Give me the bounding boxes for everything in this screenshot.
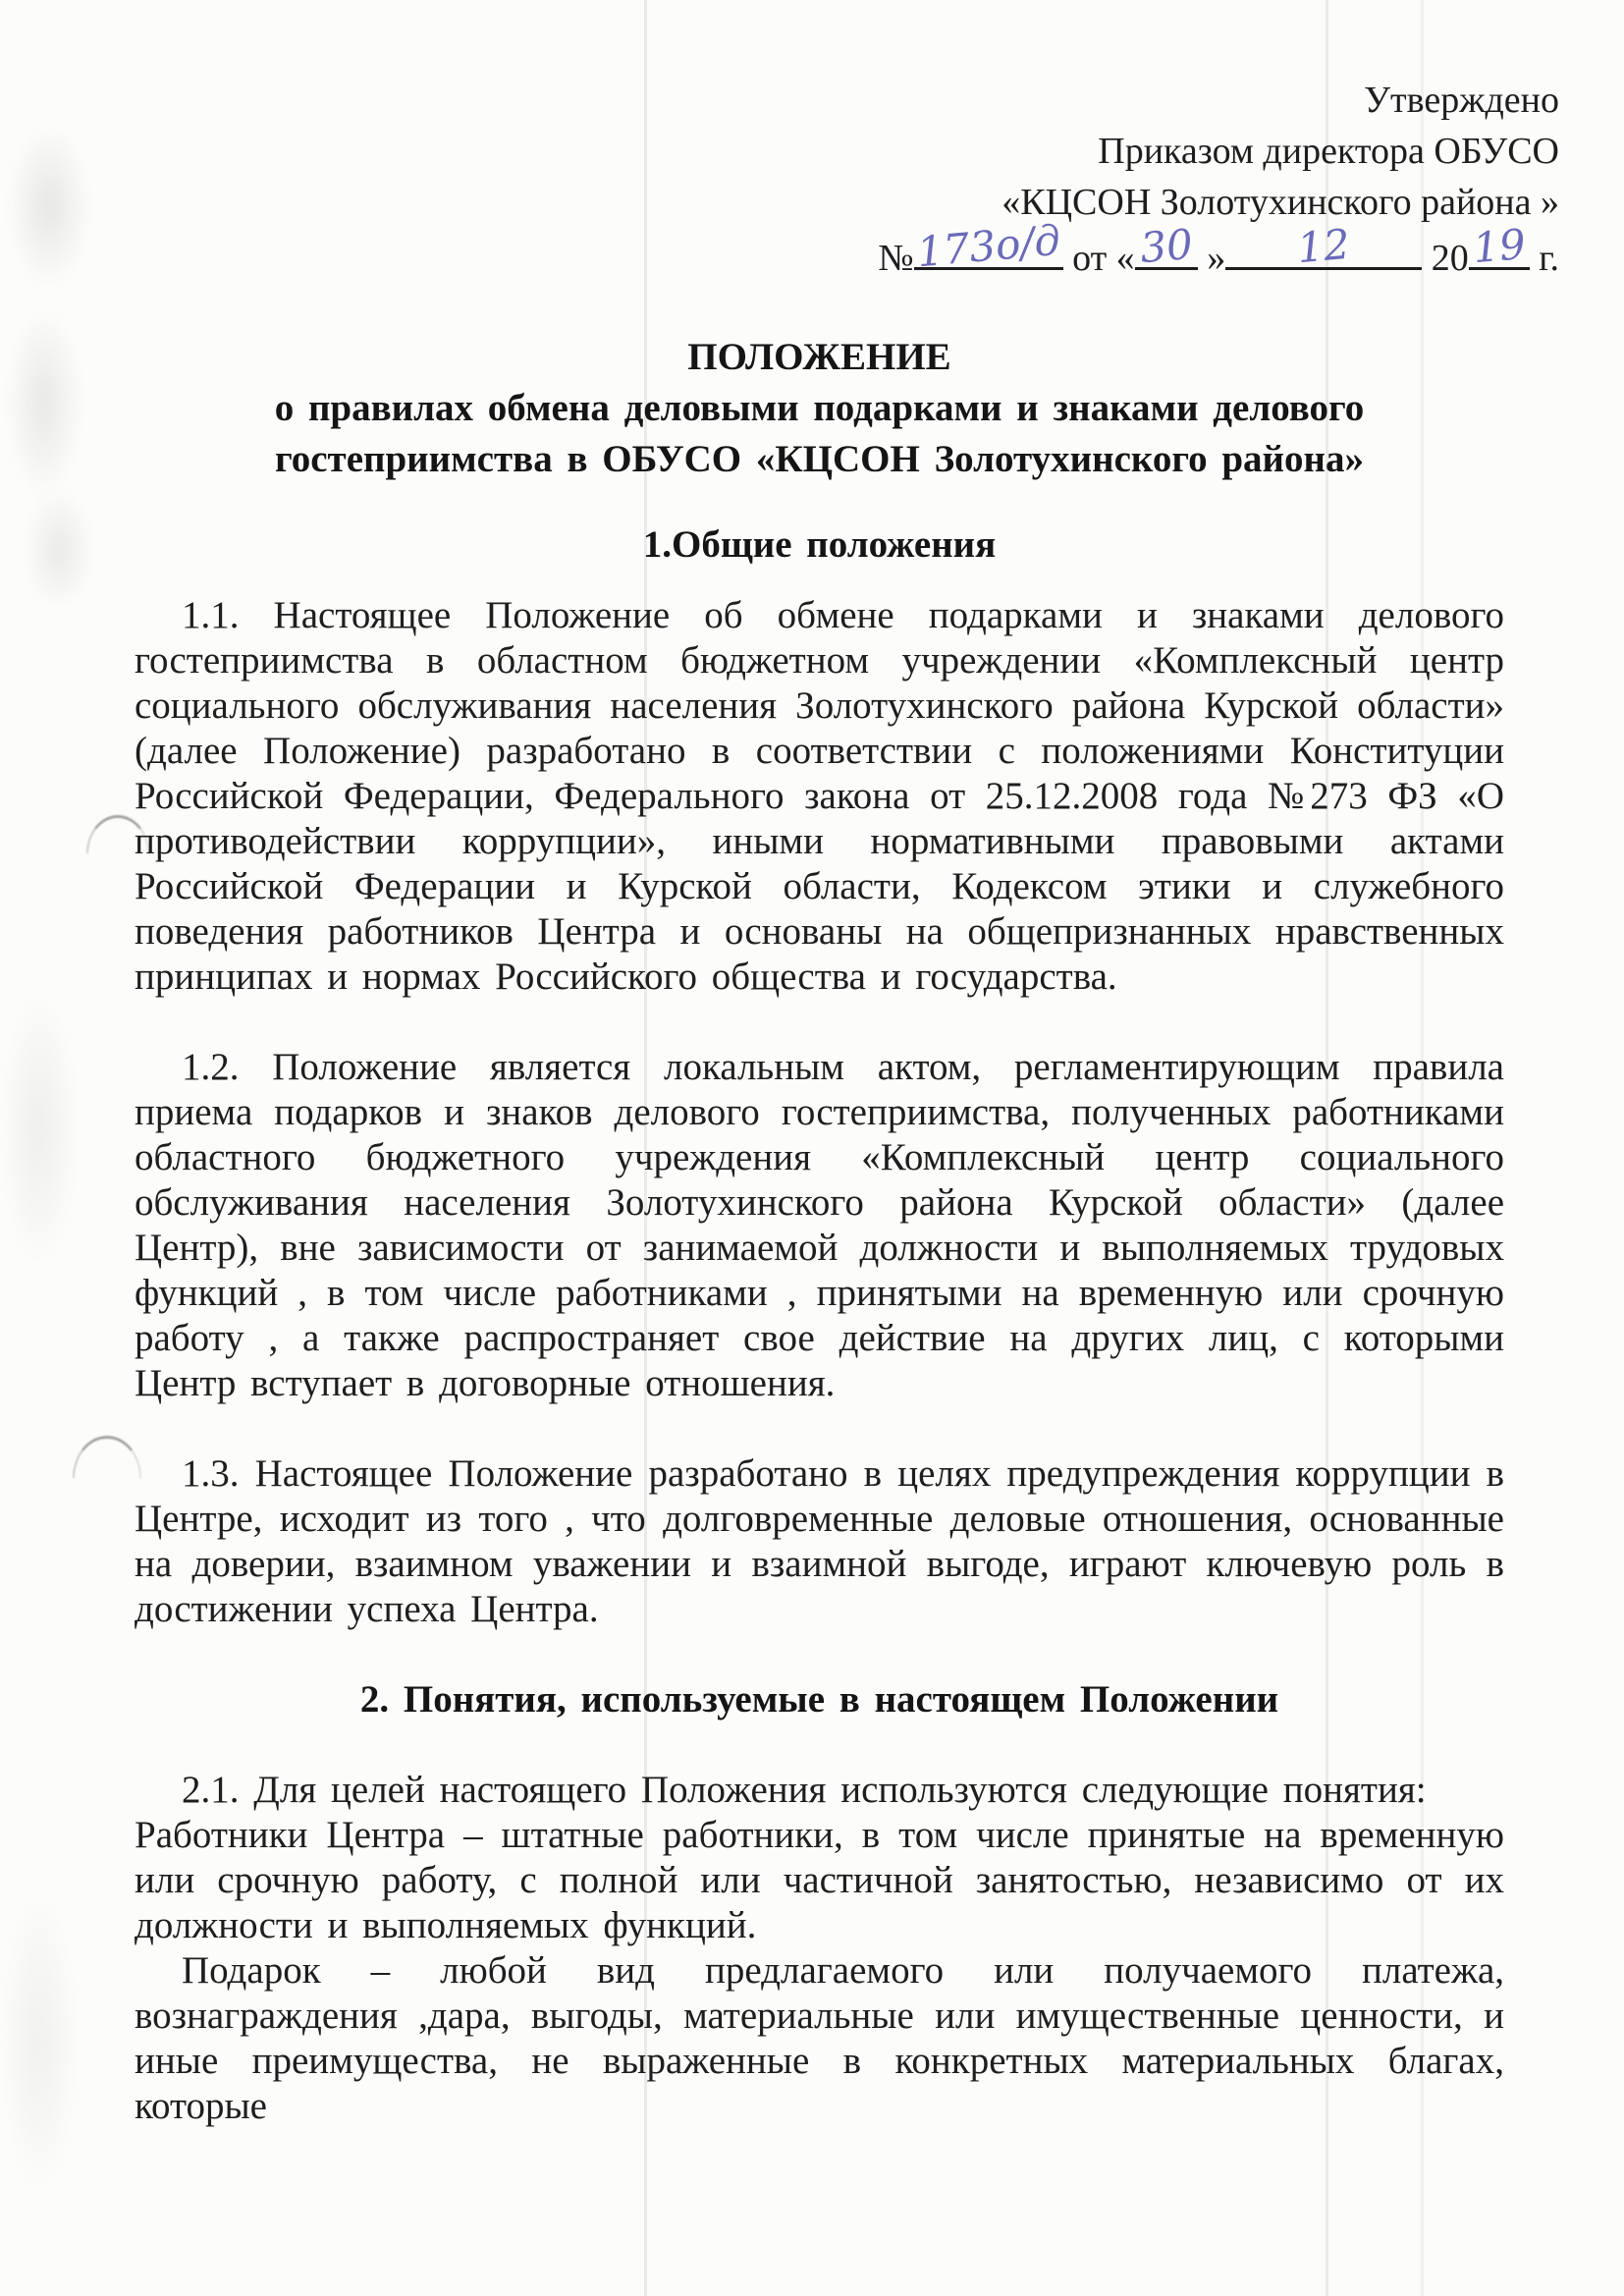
- section-heading-terms: 2. Понятия, используемые в настоящем Пол…: [135, 1677, 1504, 1722]
- document-content: ПОЛОЖЕНИЕ о правилах обмена деловыми под…: [135, 0, 1504, 2129]
- document-subtitle-line2: гостеприимства в ОБУСО «КЦСОН Золотухинс…: [135, 434, 1504, 485]
- paragraph-2-1: 2.1. Для целей настоящего Положения испо…: [135, 1768, 1504, 1813]
- section-heading-general: 1.Общие положения: [135, 522, 1504, 568]
- year-suffix-label: г.: [1539, 238, 1559, 279]
- paragraph-workers-definition: Работники Центра – штатные работники, в …: [135, 1813, 1504, 1948]
- paragraph-1-1: 1.1. Настоящее Положение об обмене подар…: [135, 593, 1504, 1000]
- hole-punch-mark: [73, 1436, 141, 1478]
- scanned-document-page: Утверждено Приказом директора ОБУСО «КЦС…: [0, 0, 1624, 2296]
- scan-smudge: [0, 933, 93, 1345]
- paragraph-1-2: 1.2. Положение является локальным актом,…: [135, 1045, 1504, 1406]
- scan-smudge: [0, 1817, 93, 2269]
- paragraph-1-3: 1.3. Настоящее Положение разработано в ц…: [135, 1451, 1504, 1632]
- document-title: ПОЛОЖЕНИЕ: [135, 332, 1504, 383]
- paragraph-gift-definition: Подарок – любой вид предлагаемого или по…: [135, 1948, 1504, 2129]
- scan-smudge: [0, 88, 118, 599]
- document-subtitle-line1: о правилах обмена деловыми подарками и з…: [135, 383, 1504, 434]
